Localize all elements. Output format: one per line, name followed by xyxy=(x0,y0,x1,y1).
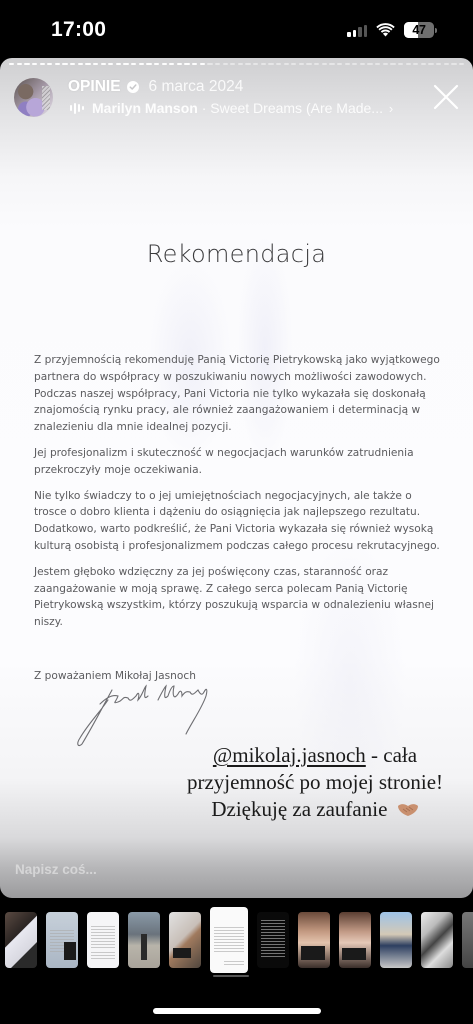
progress-segment xyxy=(367,63,372,65)
progress-segment xyxy=(116,63,121,65)
document-title: Rekomendacja xyxy=(0,240,473,268)
handwritten-signature xyxy=(72,678,232,750)
progress-segment xyxy=(177,63,182,65)
progress-segment xyxy=(207,63,212,65)
handshake-emoji-icon xyxy=(397,803,419,817)
story-thumbnail[interactable] xyxy=(5,912,37,968)
progress-segment xyxy=(108,63,113,65)
story-thumbnail[interactable] xyxy=(380,912,412,968)
caption-text: Dziękuję za zaufanie xyxy=(211,797,387,821)
progress-segment xyxy=(322,63,327,65)
document-paragraph: Jej profesjonalizm i skuteczność w negoc… xyxy=(34,445,444,479)
cellular-signal-icon xyxy=(347,23,367,37)
progress-segment xyxy=(360,63,365,65)
progress-segment xyxy=(93,63,98,65)
progress-segment xyxy=(451,63,456,65)
progress-segment xyxy=(32,63,37,65)
progress-segment xyxy=(154,63,159,65)
progress-segment xyxy=(101,63,106,65)
story-thumbnail[interactable] xyxy=(298,912,330,968)
caption-text: przyjemność po mojej stronie! xyxy=(150,769,473,796)
progress-segment xyxy=(230,63,235,65)
progress-segment xyxy=(436,63,441,65)
document-paragraph: Z przyjemnością rekomenduję Panią Victor… xyxy=(34,352,444,436)
progress-segment xyxy=(406,63,411,65)
progress-segment xyxy=(421,63,426,65)
story-thumbnails xyxy=(5,910,473,970)
progress-segment xyxy=(444,63,449,65)
progress-segment xyxy=(215,63,220,65)
home-indicator[interactable] xyxy=(153,1008,321,1014)
progress-segment xyxy=(70,63,75,65)
story-date: 6 marca 2024 xyxy=(149,78,244,96)
story-thumbnail[interactable] xyxy=(339,912,371,968)
progress-segment xyxy=(291,63,296,65)
document-paragraph: Jestem głęboko wdzięczny za jej poświęco… xyxy=(34,564,444,631)
story-thumbnail-current[interactable] xyxy=(210,907,248,973)
caption-text: - cała xyxy=(366,743,417,767)
story-thumbnail[interactable] xyxy=(169,912,201,968)
progress-segment xyxy=(306,63,311,65)
status-bar: 17:00 47 xyxy=(0,0,473,58)
progress-segment xyxy=(261,63,266,65)
chevron-right-icon: › xyxy=(389,101,393,116)
close-icon xyxy=(431,82,461,112)
thumbnail-scrubber[interactable] xyxy=(213,975,249,977)
mention-link[interactable]: @mikolaj.jasnoch xyxy=(213,743,366,767)
progress-segment xyxy=(276,63,281,65)
progress-segment xyxy=(85,63,90,65)
account-avatar[interactable] xyxy=(14,78,53,117)
progress-segment xyxy=(383,63,388,65)
story-thumbnail[interactable] xyxy=(128,912,160,968)
progress-segment xyxy=(390,63,395,65)
document-paragraph: Nie tylko świadczy to o jej umiejętności… xyxy=(34,488,444,555)
progress-segment xyxy=(139,63,144,65)
progress-segment xyxy=(375,63,380,65)
reply-input[interactable] xyxy=(15,858,315,880)
music-equalizer-icon xyxy=(70,102,84,114)
progress-segment xyxy=(238,63,243,65)
progress-segment xyxy=(314,63,319,65)
story-thumbnail[interactable] xyxy=(87,912,119,968)
progress-segment xyxy=(428,63,433,65)
music-separator: · xyxy=(202,100,207,116)
progress-segment xyxy=(62,63,67,65)
progress-segment xyxy=(299,63,304,65)
document-body: Z przyjemnością rekomenduję Panią Victor… xyxy=(34,352,444,640)
progress-segment xyxy=(223,63,228,65)
status-icons: 47 xyxy=(347,22,437,38)
story-thumbnail[interactable] xyxy=(421,912,453,968)
progress-segment xyxy=(245,63,250,65)
progress-segment xyxy=(146,63,151,65)
story-progress-bar xyxy=(9,63,464,66)
progress-segment xyxy=(40,63,45,65)
story-thumbnail[interactable] xyxy=(257,912,289,968)
music-attribution[interactable]: Marilyn Manson · Sweet Dreams (Are Made.… xyxy=(70,100,393,116)
progress-segment xyxy=(413,63,418,65)
progress-segment xyxy=(169,63,174,65)
story-caption: @mikolaj.jasnoch - cała przyjemność po m… xyxy=(150,742,473,823)
verified-badge-icon xyxy=(127,81,139,93)
story-viewer[interactable]: OPINIE 6 marca 2024 Marilyn Manson · Swe… xyxy=(0,58,473,898)
progress-segment xyxy=(17,63,22,65)
progress-segment xyxy=(268,63,273,65)
progress-segment xyxy=(459,63,464,65)
progress-segment xyxy=(398,63,403,65)
music-artist: Marilyn Manson xyxy=(92,100,198,116)
progress-segment xyxy=(192,63,197,65)
progress-segment xyxy=(24,63,29,65)
close-button[interactable] xyxy=(431,82,461,112)
progress-segment xyxy=(329,63,334,65)
progress-segment xyxy=(123,63,128,65)
story-header: OPINIE 6 marca 2024 Marilyn Manson · Swe… xyxy=(14,76,459,120)
progress-segment xyxy=(78,63,83,65)
progress-segment xyxy=(284,63,289,65)
progress-segment xyxy=(352,63,357,65)
progress-segment xyxy=(200,63,205,65)
progress-segment xyxy=(253,63,258,65)
wifi-icon xyxy=(376,23,395,37)
progress-segment xyxy=(162,63,167,65)
progress-segment xyxy=(131,63,136,65)
progress-segment xyxy=(9,63,14,65)
progress-segment xyxy=(47,63,52,65)
progress-segment xyxy=(55,63,60,65)
music-title: Sweet Dreams (Are Made... xyxy=(210,100,383,116)
progress-segment xyxy=(345,63,350,65)
progress-segment xyxy=(337,63,342,65)
battery-percent: 47 xyxy=(412,23,425,37)
story-thumbnail[interactable] xyxy=(462,912,473,968)
progress-segment xyxy=(184,63,189,65)
account-name[interactable]: OPINIE xyxy=(68,78,121,96)
battery-icon: 47 xyxy=(404,22,437,38)
story-thumbnail[interactable] xyxy=(46,912,78,968)
status-time: 17:00 xyxy=(51,18,106,42)
